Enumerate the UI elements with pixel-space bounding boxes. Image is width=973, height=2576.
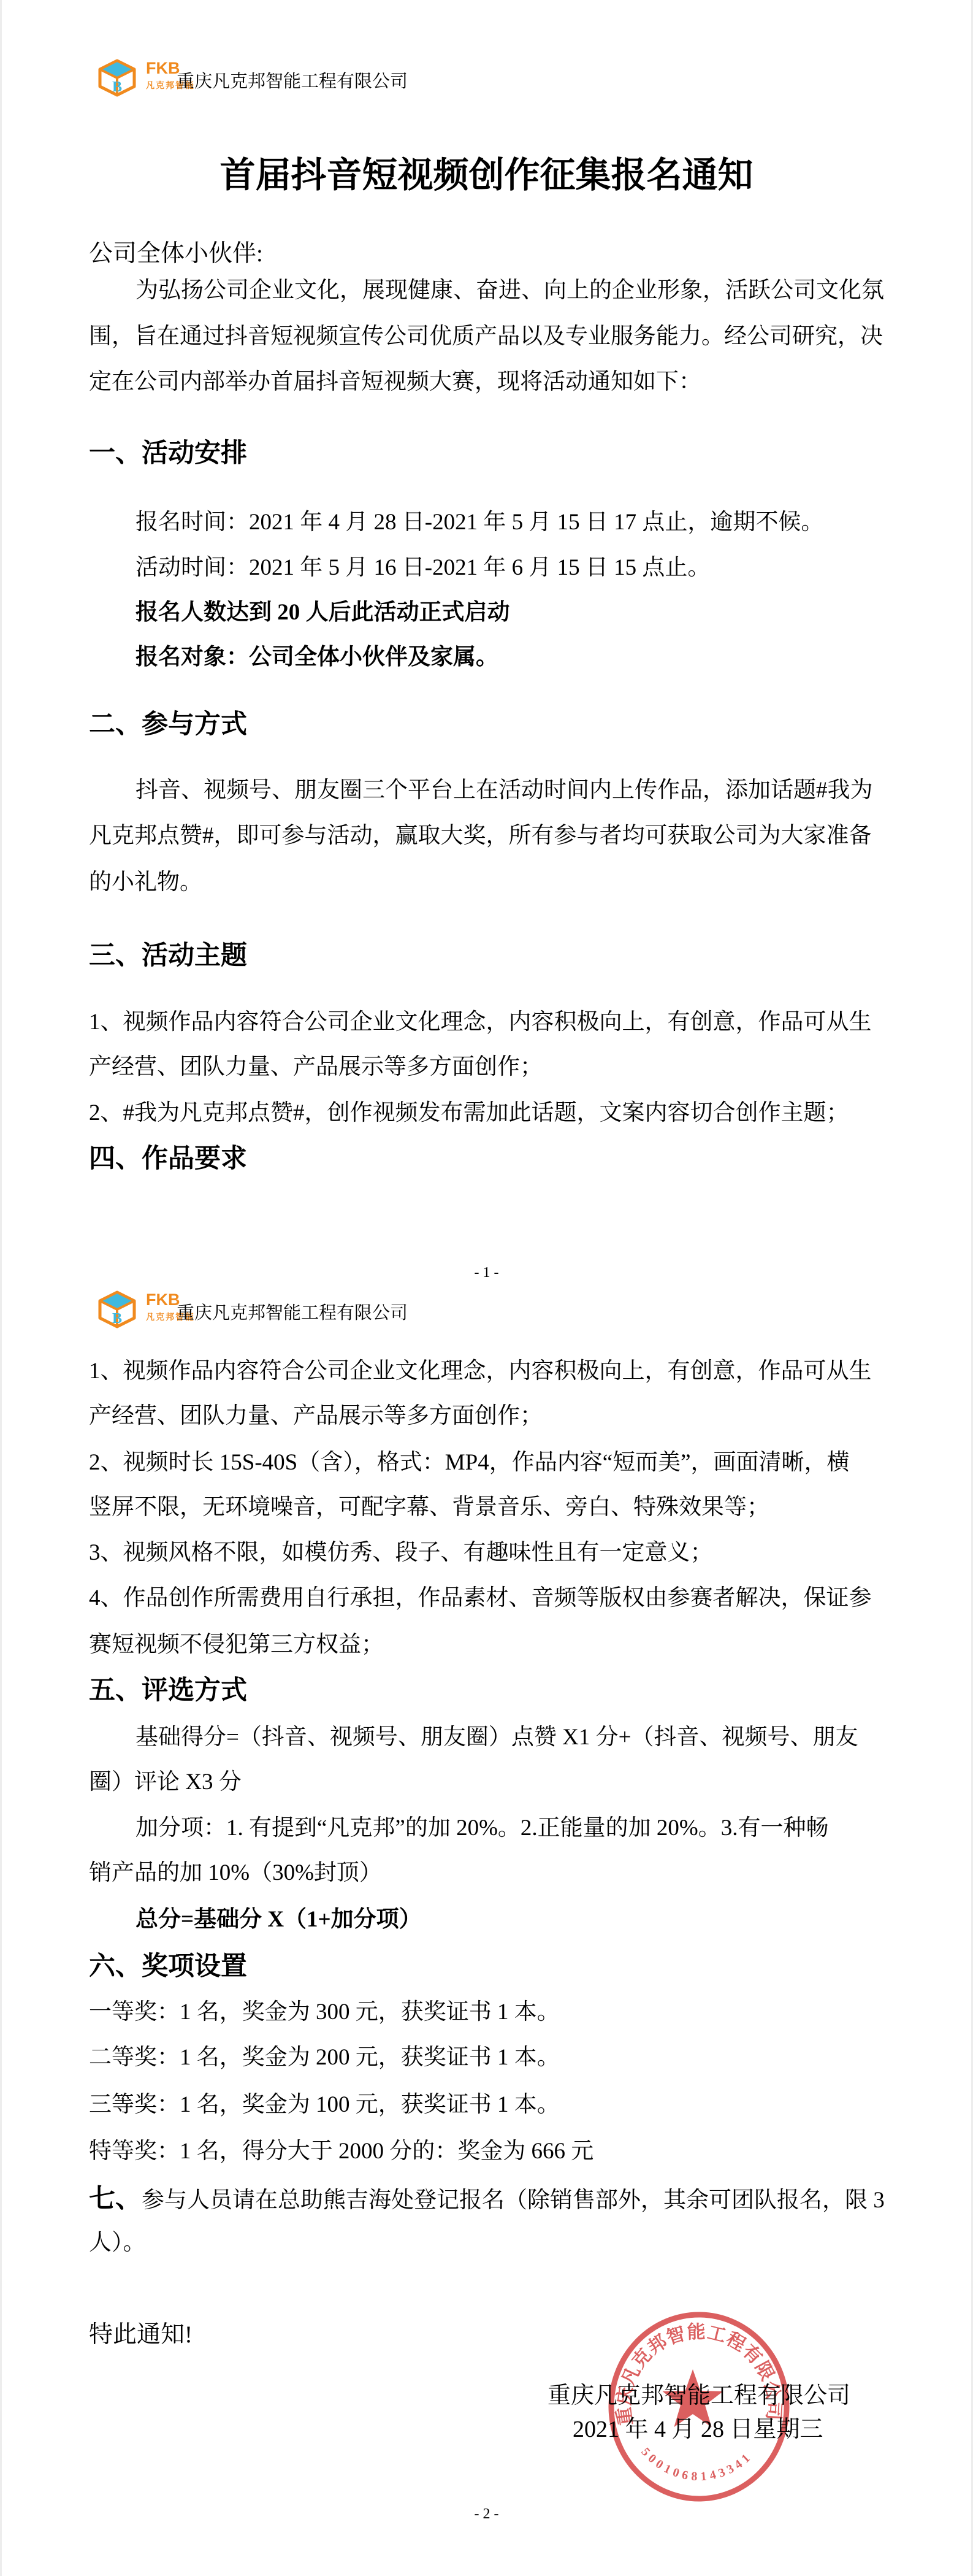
page-title: 首届抖音短视频创作征集报名通知 — [0, 146, 973, 197]
header-company-name: 重庆凡克邦智能工程有限公司 — [177, 67, 408, 93]
section2-heading: 二、参与方式 — [89, 709, 247, 741]
company-logo-icon: B — [97, 1290, 137, 1330]
scoring-line: 基础得分=（抖音、视频号、朋友圈）点赞 X1 分+（抖音、视频号、朋友 — [135, 1724, 858, 1751]
section7-line: 人）。 — [89, 2229, 146, 2256]
signup-target-line: 报名对象：公司全体小伙伴及家属。 — [135, 644, 498, 671]
section7-line: 七、参与人员请在总助熊吉海处登记报名（除销售部外，其余可团队报名，限 3 — [89, 2183, 885, 2215]
page1-number: - 1 - — [0, 1265, 973, 1281]
document-page: B FKB 凡克邦智能 重庆凡克邦智能工程有限公司 首届抖音短视频创作征集报名通… — [0, 0, 973, 2576]
logo-fkb-text: FKB — [146, 60, 180, 77]
signup-time-line: 报名时间：2021 年 4 月 28 日-2021 年 5 月 15 日 17 … — [135, 509, 823, 536]
signup-threshold-line: 报名人数达到 20 人后此活动正式启动 — [135, 599, 510, 626]
theme-item-line: 1、视频作品内容符合公司企业文化理念，内容积极向上，有创意，作品可从生 — [89, 1009, 872, 1036]
prize-line-third: 三等奖：1 名，奖金为 100 元，获奖证书 1 本。 — [89, 2091, 560, 2118]
scoring-line: 圈）评论 X3 分 — [89, 1769, 242, 1796]
requirement-line: 3、视频风格不限，如模仿秀、段子、有趣味性且有一定意义； — [89, 1539, 713, 1566]
seal-number: 5001068143341 — [638, 2445, 755, 2484]
requirement-line: 竖屏不限，无环境噪音，可配字幕、背景音乐、旁白、特殊效果等； — [89, 1494, 769, 1521]
activity-time-line: 活动时间：2021 年 5 月 16 日-2021 年 6 月 15 日 15 … — [135, 554, 710, 581]
prize-line-special: 特等奖：1 名，得分大于 2000 分的：奖金为 666 元 — [89, 2138, 593, 2165]
requirement-line: 产经营、团队力量、产品展示等多方面创作； — [89, 1403, 543, 1430]
section5-heading: 五、评选方式 — [89, 1675, 247, 1707]
section6-heading: 六、奖项设置 — [89, 1951, 247, 1983]
svg-text:5001068143341: 5001068143341 — [638, 2445, 755, 2484]
prize-line-first: 一等奖：1 名，奖金为 300 元，获奖证书 1 本。 — [89, 1999, 560, 2026]
requirement-line: 赛短视频不侵犯第三方权益； — [89, 1631, 384, 1658]
theme-item-line: 产经营、团队力量、产品展示等多方面创作； — [89, 1054, 543, 1081]
participation-line: 抖音、视频号、朋友圈三个平台上在活动时间内上传作品，添加话题#我为 — [135, 777, 873, 804]
section3-heading: 三、活动主题 — [89, 940, 247, 972]
signature-date: 2021 年 4 月 28 日星期三 — [573, 2410, 823, 2444]
intro-line: 为弘扬公司企业文化，展现健康、奋进、向上的企业形象，活跃公司文化氛 — [135, 277, 884, 304]
section7-text: 参与人员请在总助熊吉海处登记报名（除销售部外，其余可团队报名，限 3 — [142, 2188, 885, 2213]
section1-heading: 一、活动安排 — [89, 438, 247, 470]
requirement-line: 4、作品创作所需费用自行承担，作品素材、音频等版权由参赛者解决，保证参 — [89, 1585, 872, 1612]
requirement-line: 2、视频时长 15S-40S（含），格式：MP4，作品内容“短而美”，画面清晰，… — [89, 1449, 850, 1476]
logo-fkb-text: FKB — [146, 1292, 180, 1308]
closing-note: 特此通知! — [89, 2321, 193, 2350]
section7-label: 七、 — [89, 2185, 142, 2214]
salutation: 公司全体小伙伴: — [89, 240, 263, 269]
header-company-name: 重庆凡克邦智能工程有限公司 — [177, 1299, 408, 1324]
intro-line: 定在公司内部举办首届抖音短视频大赛，现将活动通知如下： — [89, 369, 701, 396]
total-score-formula: 总分=基础分 X（1+加分项） — [135, 1906, 422, 1933]
participation-line: 凡克邦点赞#，即可参与活动，赢取大奖，所有参与者均可获取公司为大家准备 — [89, 822, 872, 849]
intro-line: 围，旨在通过抖音短视频宣传公司优质产品以及专业服务能力。经公司研究，决 — [89, 323, 883, 350]
participation-line: 的小礼物。 — [89, 869, 202, 896]
requirement-line: 1、视频作品内容符合公司企业文化理念，内容积极向上，有创意，作品可从生 — [89, 1358, 872, 1385]
svg-text:B: B — [112, 1311, 122, 1327]
section4-heading: 四、作品要求 — [89, 1143, 247, 1175]
svg-text:B: B — [112, 79, 122, 95]
bonus-line: 加分项：1. 有提到“凡克邦”的加 20%。2.正能量的加 20%。3.有一种畅 — [135, 1815, 829, 1842]
signature-company: 重庆凡克邦智能工程有限公司 — [548, 2376, 850, 2410]
theme-item-line: 2、#我为凡克邦点赞#，创作视频发布需加此话题，文案内容切合创作主题； — [89, 1100, 849, 1127]
bonus-line: 销产品的加 10%（30%封顶） — [89, 1860, 382, 1887]
prize-line-second: 二等奖：1 名，奖金为 200 元，获奖证书 1 本。 — [89, 2044, 560, 2071]
company-logo-icon: B — [97, 59, 137, 98]
page2-number: - 2 - — [0, 2506, 973, 2523]
